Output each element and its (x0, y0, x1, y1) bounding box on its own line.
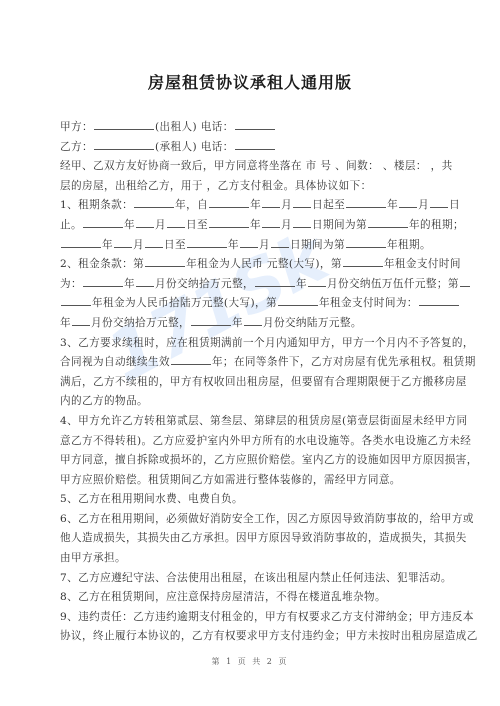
fill-in-blank (187, 236, 227, 248)
line-text: 年 (250, 199, 261, 211)
fill-in-blank (134, 196, 174, 208)
fill-in-blank (240, 236, 258, 248)
document-line: 3、乙方要求续租时，应在租赁期满前一个月内通知甲方，甲方一个月内不予答复的， (60, 334, 441, 354)
document-line: 为：年月份交纳拾万元整，年月份交纳伍万伍仟元整；第 (60, 275, 441, 295)
line-text: 满后，乙方不续租的，甲方有权收回出租房屋，但要留有合理期限便于乙方搬移房屋 (60, 376, 467, 388)
fill-in-blank (244, 314, 262, 326)
fill-in-blank (346, 236, 386, 248)
fill-in-blank (419, 294, 459, 306)
line-text: 年 (387, 199, 398, 211)
line-text: 月 (155, 219, 166, 231)
line-text: (承租人) 电话： (155, 141, 234, 153)
fill-in-blank (271, 236, 289, 248)
line-text: 年 (296, 278, 307, 290)
line-text: 他人造成损失，其损失由乙方承担。因甲方原因导致消防事故的，造成损失，其损失 (60, 532, 467, 544)
line-text: 由甲方承担。 (60, 552, 126, 564)
line-text: 甲方： (60, 121, 93, 133)
line-text: 月份交纳伍万伍仟元整；第 (327, 278, 459, 290)
line-text: 2、租金条款：第 (60, 258, 144, 270)
document-line: 5、乙方在租用期间水费、电费自负。 (60, 490, 441, 510)
fill-in-blank (278, 294, 318, 306)
line-text: 年；在同等条件下，乙方对房屋有优先承租权。租赁期 (212, 356, 476, 368)
line-text: 经甲、乙双方友好协商一致后，甲方同意将坐落在 市 号 、间数： 、楼层： ，共 (60, 160, 453, 172)
line-text: 年租金为人民币拾陆万元整(大写)，第 (92, 297, 277, 309)
line-text: 1、租期条款： (60, 199, 133, 211)
document-line: 年月日至年月日期间为第年租期。 (60, 236, 441, 256)
document-line: 意乙方不得转租)。乙方应爱护室内外甲方所有的水电设施等。各类水电设施乙方未经 (60, 432, 441, 452)
document-line: 层的房屋，出租给乙方，用于 ，乙方支付租金。具体协议如下： (60, 177, 441, 197)
line-text: 7、乙方应遵纪守法、合法使用出租屋，在该出租屋内禁止任何违法、犯罪活动。 (60, 572, 452, 584)
document-line: 合同视为自动继续生效年；在同等条件下，乙方对房屋有优先承租权。租赁期 (60, 353, 441, 373)
line-text: 月份交纳拾万元整， (155, 278, 254, 290)
line-text: 6、乙方在租用期间，必须做好消防安全工作，因乙方原因导致消防事故的，给甲方或 (60, 513, 474, 525)
line-text: 内的乙方的物品。 (60, 395, 148, 407)
line-text: 止。 (60, 219, 82, 231)
line-text: 年租期。 (387, 239, 431, 251)
document-line: 甲方应照价赔偿。租赁期间乙方如需进行整体装修的，需经甲方同意。 (60, 471, 441, 491)
fill-in-blank (61, 236, 101, 248)
line-text: 日起至 (312, 199, 345, 211)
line-text: 5、乙方在租用期间水费、电费自负。 (60, 493, 243, 505)
line-text: 月 (281, 219, 292, 231)
document-line: 止。年月日至年月日期间为第年的租期； (60, 216, 441, 236)
line-text: 为： (60, 278, 82, 290)
document-line: 他人造成损失，其损失由乙方承担。因甲方原因导致消防事故的，造成损失，其损失 (60, 529, 441, 549)
line-text: 月份交纳拾万元整， (91, 317, 190, 329)
line-text: 3、乙方要求续租时，应在租赁期满前一个月内通知甲方，甲方一个月内不予答复的， (60, 337, 474, 349)
line-text: 年的租期； (409, 219, 464, 231)
line-text: 月 (418, 199, 429, 211)
fill-in-blank (235, 118, 275, 130)
document-line: 经甲、乙双方友好协商一致后，甲方同意将坐落在 市 号 、间数： 、楼层： ，共 (60, 157, 441, 177)
document-line: 6、乙方在租用期间，必须做好消防安全工作，因乙方原因导致消防事故的，给甲方或 (60, 510, 441, 530)
fill-in-blank (83, 275, 123, 287)
document-line: 2、租金条款：第年租金为人民币 元整(大写)，第年租金支付时间 (60, 255, 441, 275)
line-text: 年租金支付时间 (384, 258, 461, 270)
document-line: 8、乙方在租赁期间，应注意保持房屋清洁，不得在楼道乱堆杂物。 (60, 588, 441, 608)
document-body: 甲方：(出租人) 电话：乙方：(承租人) 电话：经甲、乙双方友好协商一致后，甲方… (60, 118, 441, 647)
document-page: 171Sk 房屋租赁协议承租人通用版 甲方：(出租人) 电话：乙方：(承租人) … (0, 0, 500, 706)
document-line: 7、乙方应遵纪守法、合法使用出租屋，在该出租屋内禁止任何违法、犯罪活动。 (60, 569, 441, 589)
fill-in-blank (83, 216, 123, 228)
line-text: 年租金为人民币 元整(大写)，第 (186, 258, 342, 270)
line-text: 乙方： (60, 141, 93, 153)
line-text: 日期间为第 (312, 219, 367, 231)
fill-in-blank (430, 196, 448, 208)
fill-in-blank (136, 216, 154, 228)
fill-in-blank (255, 275, 295, 287)
line-text: 合同视为自动继续生效 (60, 356, 170, 368)
line-text: 年 (250, 219, 261, 231)
fill-in-blank (293, 196, 311, 208)
document-line: 甲方同意，擅自拆除或损坏的，乙方应照价赔偿。室内乙方的设施如因甲方原因损害， (60, 451, 441, 471)
line-text: 年 (60, 317, 71, 329)
fill-in-blank (262, 216, 280, 228)
document-line: 年月份交纳拾万元整，年月份交纳陆万元整。 (60, 314, 441, 334)
fill-in-blank (136, 275, 154, 287)
line-text: 月 (259, 239, 270, 251)
document-line: 满后，乙方不续租的，甲方有权收回出租房屋，但要留有合理期限便于乙方搬移房屋 (60, 373, 441, 393)
fill-in-blank (94, 118, 154, 130)
line-text: 月份交纳陆万元整。 (263, 317, 362, 329)
document-line: 4、甲方允许乙方转租第贰层、第叁层、第肆层的租赁房屋(第壹层街面屋未经甲方同 (60, 412, 441, 432)
document-line: 乙方：(承租人) 电话： (60, 138, 441, 158)
line-text: 年，自 (175, 199, 208, 211)
page-number-footer: 第 1 页 共 2 页 (0, 656, 500, 667)
fill-in-blank (145, 255, 185, 267)
line-text: 8、乙方在租赁期间，应注意保持房屋清洁，不得在楼道乱堆杂物。 (60, 591, 386, 603)
fill-in-blank (262, 196, 280, 208)
line-text: 9、违约责任：乙方违约逾期支付租金的，甲方有权要求乙方支付滞纳金；甲方违反本 (60, 611, 474, 623)
fill-in-blank (72, 314, 90, 326)
document-line: 年租金为人民币拾陆万元整(大写)，第年租金支付时间为： (60, 294, 441, 314)
line-text: 年租金支付时间为： (319, 297, 418, 309)
line-text: 年 (124, 219, 135, 231)
fill-in-blank (460, 275, 470, 287)
fill-in-blank (235, 138, 275, 150)
line-text: 日至 (164, 239, 186, 251)
line-text: 甲方应照价赔偿。租赁期间乙方如需进行整体装修的，需经甲方同意。 (60, 474, 401, 486)
fill-in-blank (191, 314, 231, 326)
document-line: 甲方：(出租人) 电话： (60, 118, 441, 138)
line-text: 日至 (186, 219, 208, 231)
document-line: 由甲方承担。 (60, 549, 441, 569)
line-text: 年 (102, 239, 113, 251)
line-text: 月 (133, 239, 144, 251)
line-text: 4、甲方允许乙方转租第贰层、第叁层、第肆层的租赁房屋(第壹层街面屋未经甲方同 (60, 415, 467, 427)
fill-in-blank (94, 138, 154, 150)
line-text: 意乙方不得转租)。乙方应爱护室内外甲方所有的水电设施等。各类水电设施乙方未经 (60, 435, 471, 447)
document-title: 房屋租赁协议承租人通用版 (0, 70, 500, 93)
fill-in-blank (343, 255, 383, 267)
fill-in-blank (368, 216, 408, 228)
fill-in-blank (293, 216, 311, 228)
fill-in-blank (145, 236, 163, 248)
line-text: 年 (228, 239, 239, 251)
document-line: 1、租期条款：年，自年月日起至年月日 (60, 196, 441, 216)
fill-in-blank (209, 216, 249, 228)
document-line: 9、违约责任：乙方违约逾期支付租金的，甲方有权要求乙方支付滞纳金；甲方违反本 (60, 608, 441, 628)
line-text: 月 (281, 199, 292, 211)
fill-in-blank (171, 353, 211, 365)
line-text: 日 (449, 199, 460, 211)
document-line: 协议，终止履行本协议的，乙方有权要求甲方支付违约金；甲方未按时出租房屋造成乙 (60, 627, 441, 647)
line-text: (出租人) 电话： (155, 121, 234, 133)
line-text: 协议，终止履行本协议的，乙方有权要求甲方支付违约金；甲方未按时出租房屋造成乙 (60, 630, 478, 642)
document-line: 内的乙方的物品。 (60, 392, 441, 412)
line-text: 年 (124, 278, 135, 290)
fill-in-blank (308, 275, 326, 287)
line-text: 层的房屋，出租给乙方，用于 ，乙方支付租金。具体协议如下： (60, 180, 372, 192)
fill-in-blank (167, 216, 185, 228)
line-text: 年 (232, 317, 243, 329)
fill-in-blank (61, 294, 91, 306)
line-text: 甲方同意，擅自拆除或损坏的，乙方应照价赔偿。室内乙方的设施如因甲方原因损害， (60, 454, 478, 466)
fill-in-blank (209, 196, 249, 208)
fill-in-blank (114, 236, 132, 248)
fill-in-blank (399, 196, 417, 208)
fill-in-blank (346, 196, 386, 208)
line-text: 日期间为第 (290, 239, 345, 251)
